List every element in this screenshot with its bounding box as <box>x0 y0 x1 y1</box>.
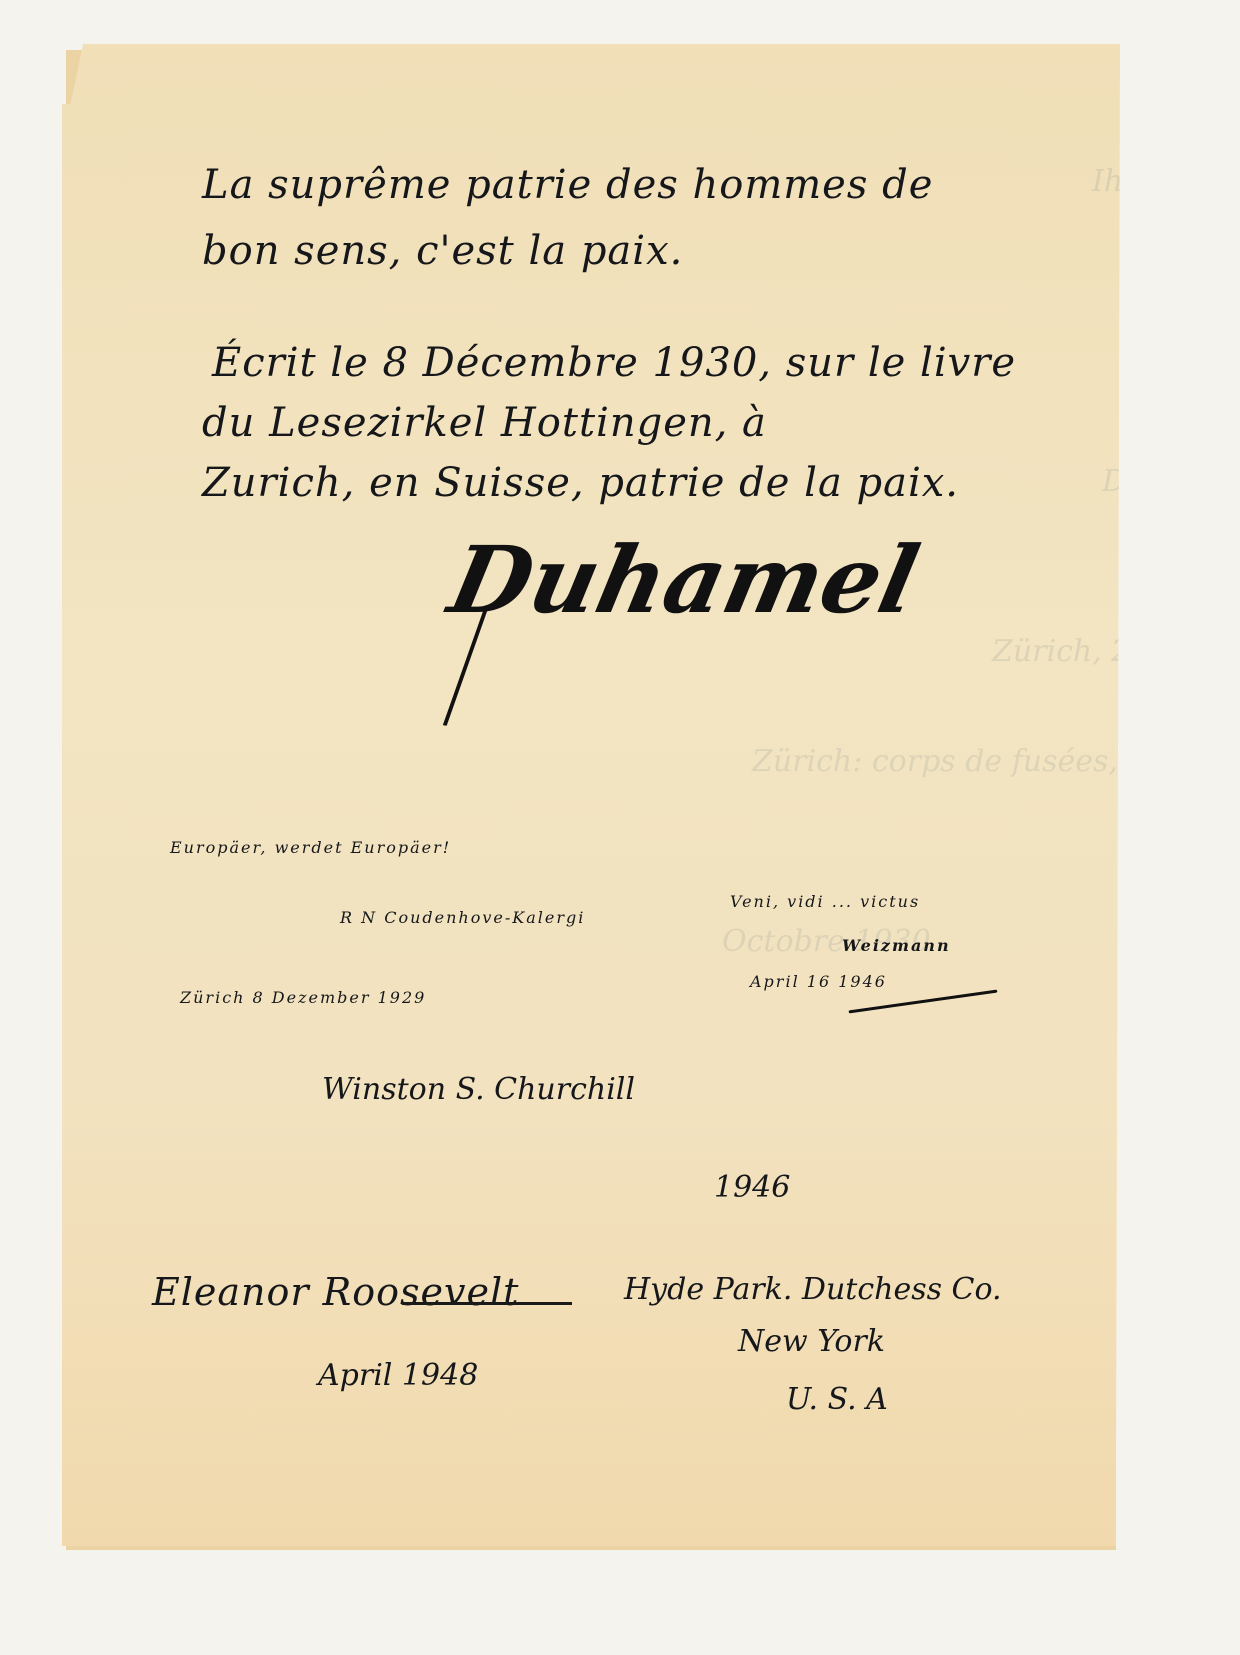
roosevelt-signature: Eleanor Roosevelt <box>152 1270 519 1314</box>
roosevelt-place-line-1: Hyde Park. Dutchess Co. <box>624 1272 1002 1307</box>
paper-sheet: Ihr lebt nicht für Euch allein Den Väter… <box>62 44 1120 1546</box>
duhamel-note-line-3: Zurich, en Suisse, patrie de la paix. <box>202 460 959 506</box>
duhamel-signature: Duhamel <box>441 526 928 634</box>
weizmann-date: April 16 1946 <box>750 972 887 991</box>
duhamel-quote-line-2: bon sens, c'est la paix. <box>202 228 683 274</box>
roosevelt-place-line-2: New York <box>738 1324 885 1359</box>
weizmann-quote: Veni, vidi ... victus <box>730 892 920 911</box>
duhamel-note-line-1: Écrit le 8 Décembre 1930, sur le livre <box>212 340 1016 386</box>
roosevelt-date: April 1948 <box>318 1358 478 1393</box>
churchill-signature: Winston S. Churchill <box>322 1072 635 1107</box>
roosevelt-place-line-3: U. S. A <box>786 1382 888 1417</box>
weizmann-signature: Weizmann <box>842 936 951 955</box>
coudenhove-signature: R N Coudenhove-Kalergi <box>340 908 585 927</box>
coudenhove-date: Zürich 8 Dezember 1929 <box>180 988 426 1007</box>
duhamel-quote-line-1: La suprême patrie des hommes de <box>202 162 933 208</box>
roosevelt-underline <box>402 1302 572 1305</box>
duhamel-note-line-2: du Lesezirkel Hottingen, à <box>202 400 767 446</box>
coudenhove-quote: Europäer, werdet Europäer! <box>170 838 451 857</box>
churchill-date: 1946 <box>714 1170 790 1205</box>
bleed-through-text: Den Vätern ... Hottingen <box>1102 464 1240 499</box>
weizmann-flourish <box>849 990 998 1014</box>
bleed-through-text: Zürich, 22. Mai 1930 <box>992 634 1240 669</box>
bleed-through-text: Zürich: corps de fusées, Jeux... <box>752 744 1222 779</box>
bleed-through-text: Ihr lebt nicht für Euch allein <box>1092 164 1240 199</box>
